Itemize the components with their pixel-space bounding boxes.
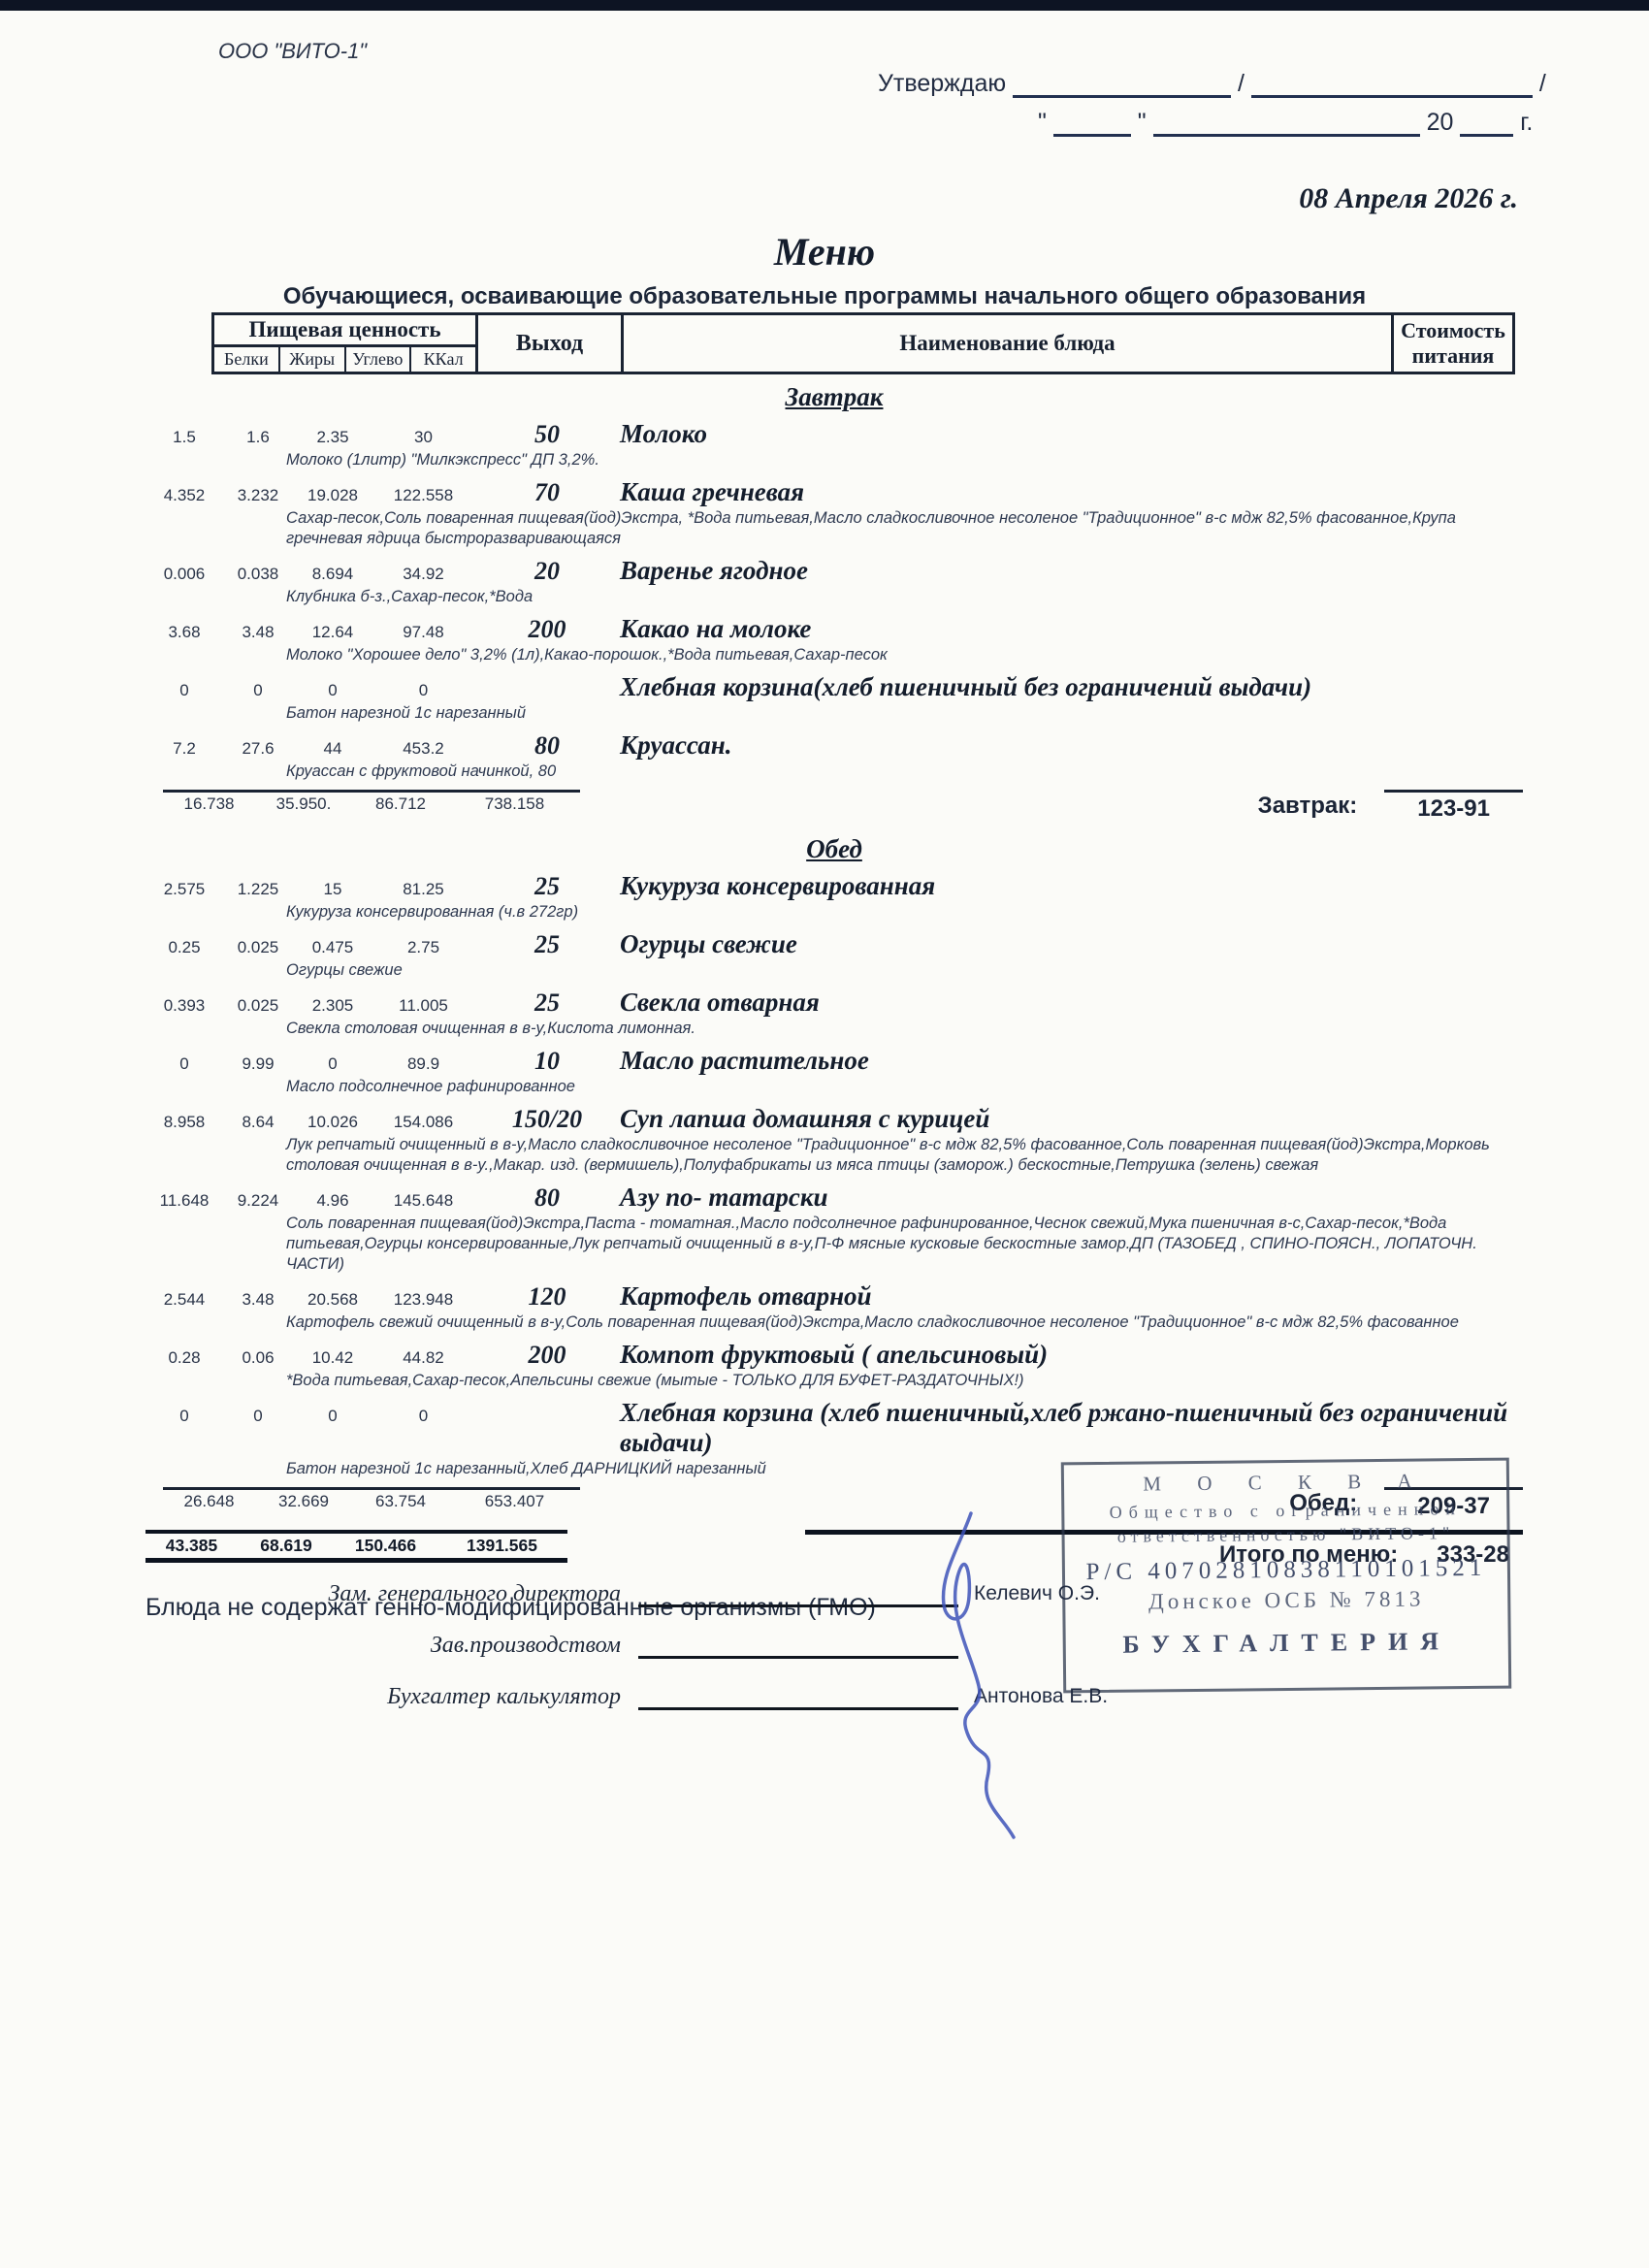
value-output: 80 [474, 1183, 620, 1213]
value-kcal: 89.9 [372, 1054, 474, 1074]
breakfast-cost-label: Завтрак: [1258, 790, 1358, 820]
value-output: 70 [474, 478, 620, 507]
total-carbs: 63.754 [352, 1492, 449, 1511]
value-protein: 0.25 [145, 938, 223, 957]
company-name: ООО "ВИТО-1" [218, 39, 367, 64]
signature-name: Антонова Е.В. [974, 1685, 1108, 1710]
value-carbs: 2.305 [293, 996, 372, 1016]
approve-slash-1: / [1238, 70, 1245, 97]
dish-name: Молоко [620, 419, 1523, 449]
signature-row: Зав.производством [145, 1631, 1212, 1659]
value-protein: 0 [145, 681, 223, 700]
header-nutrition-columns: Белки Жиры Углево ККал [214, 347, 475, 372]
dish-ingredients: Соль поваренная пищевая(йод)Экстра,Паста… [286, 1214, 1499, 1275]
dish-ingredients: Кукуруза консервированная (ч.в 272гр) [286, 902, 1499, 923]
value-protein: 0.28 [145, 1348, 223, 1368]
total-kcal: 653.407 [449, 1492, 580, 1511]
value-fat: 1.225 [223, 880, 293, 899]
header-col-protein: Белки [214, 347, 280, 372]
dish-ingredients: Батон нарезной 1с нарезанный [286, 703, 1499, 724]
approve-label: Утверждаю [878, 70, 1006, 97]
value-carbs: 0 [293, 1407, 372, 1426]
year-suffix: г. [1520, 109, 1533, 136]
dish-name: Варенье ягодное [620, 556, 1523, 586]
dish-name: Компот фруктовый ( апельсиновый) [620, 1340, 1523, 1370]
signature-role: Бухгалтер калькулятор [145, 1684, 621, 1710]
value-protein: 0.006 [145, 565, 223, 584]
approve-line: Утверждаю / / [878, 70, 1546, 98]
menu-row: 0 9.99 0 89.9 10 Масло растительное [145, 1046, 1523, 1076]
value-output: 20 [474, 557, 620, 586]
dish-ingredients: Молоко "Хорошее дело" 3,2% (1л),Какао-по… [286, 645, 1499, 665]
value-protein: 3.68 [145, 623, 223, 642]
dish-name: Хлебная корзина (хлеб пшеничный,хлеб ржа… [620, 1398, 1523, 1458]
value-output: 25 [474, 988, 620, 1018]
approve-blank-2 [1251, 72, 1533, 98]
value-carbs: 0.475 [293, 938, 372, 957]
dish-name: Азу по- татарски [620, 1183, 1523, 1213]
value-carbs: 20.568 [293, 1290, 372, 1310]
value-protein: 0.393 [145, 996, 223, 1016]
stamp-org-line1: Общество с ограниченной [1064, 1499, 1506, 1524]
value-protein: 8.958 [145, 1113, 223, 1132]
signature-row: Бухгалтер калькулятор Антонова Е.В. [145, 1682, 1212, 1710]
value-fat: 3.48 [223, 1290, 293, 1310]
menu-row: 3.68 3.48 12.64 97.48 200 Какао на молок… [145, 614, 1523, 644]
menu-row: 11.648 9.224 4.96 145.648 80 Азу по- тат… [145, 1183, 1523, 1213]
dish-name: Огурцы свежие [620, 929, 1523, 959]
value-output: 200 [474, 1341, 620, 1370]
dish-name: Масло растительное [620, 1046, 1523, 1076]
signature-role: Зам. генерального директора [145, 1581, 621, 1607]
value-output: 25 [474, 930, 620, 959]
header-nutrition-group: Пищевая ценность Белки Жиры Углево ККал [214, 315, 478, 372]
dish-ingredients: Молоко (1литр) "Милкэкспресс" ДП 3,2%. [286, 450, 1499, 470]
menu-row: 0 0 0 0 Хлебная корзина(хлеб пшеничный б… [145, 672, 1523, 702]
signature-line [638, 1682, 958, 1710]
signature-name: Келевич О.Э. [974, 1582, 1100, 1607]
value-output: 50 [474, 420, 620, 449]
value-kcal: 0 [372, 1407, 474, 1426]
dish-ingredients: Лук репчатый очищенный в в-у,Масло сладк… [286, 1135, 1499, 1176]
value-kcal: 123.948 [372, 1290, 474, 1310]
header-col-fat: Жиры [280, 347, 346, 372]
dish-name: Картофель отварной [620, 1281, 1523, 1312]
dish-ingredients: Сахар-песок,Соль поваренная пищевая(йод)… [286, 508, 1499, 549]
value-output: 200 [474, 615, 620, 644]
value-protein: 1.5 [145, 428, 223, 447]
value-output: 10 [474, 1047, 620, 1076]
value-fat: 0.025 [223, 996, 293, 1016]
grand-kcal: 1391.565 [436, 1536, 567, 1556]
total-fat: 32.669 [255, 1492, 352, 1511]
value-output: 120 [474, 1282, 620, 1312]
total-fat: 35.950. [255, 794, 352, 814]
dish-name: Какао на молоке [620, 614, 1523, 644]
dish-name: Круассан. [620, 730, 1523, 761]
approve-month-blank [1153, 111, 1420, 137]
value-kcal: 11.005 [372, 996, 474, 1016]
value-output: 25 [474, 872, 620, 901]
value-kcal: 34.92 [372, 565, 474, 584]
value-carbs: 19.028 [293, 486, 372, 505]
value-fat: 8.64 [223, 1113, 293, 1132]
value-fat: 3.232 [223, 486, 293, 505]
value-kcal: 145.648 [372, 1191, 474, 1211]
header-output: Выход [478, 315, 624, 372]
breakfast-totals-row: 16.738 35.950. 86.712 738.158 Завтрак: 1… [145, 790, 1523, 823]
value-carbs: 44 [293, 739, 372, 759]
menu-row: 1.5 1.6 2.35 30 50 Молоко [145, 419, 1523, 449]
total-protein: 26.648 [163, 1492, 255, 1511]
approve-blank-1 [1013, 72, 1231, 98]
value-protein: 2.544 [145, 1290, 223, 1310]
quote-close: " [1138, 109, 1147, 136]
menu-row: 0.006 0.038 8.694 34.92 20 Варенье ягодн… [145, 556, 1523, 586]
value-kcal: 0 [372, 681, 474, 700]
header-cost: Стоимость питания [1394, 315, 1512, 372]
value-protein: 0 [145, 1054, 223, 1074]
menu-table-header: Пищевая ценность Белки Жиры Углево ККал … [211, 312, 1515, 374]
dish-ingredients: Огурцы свежие [286, 960, 1499, 981]
approve-date-line: " " 20 г. [1038, 109, 1533, 137]
value-protein: 0 [145, 1407, 223, 1426]
value-protein: 4.352 [145, 486, 223, 505]
value-kcal: 97.48 [372, 623, 474, 642]
dish-ingredients: Клубника б-з.,Сахар-песок,*Вода [286, 587, 1499, 607]
menu-row: 0.25 0.025 0.475 2.75 25 Огурцы свежие [145, 929, 1523, 959]
value-fat: 0 [223, 1407, 293, 1426]
menu-row: 2.544 3.48 20.568 123.948 120 Картофель … [145, 1281, 1523, 1312]
breakfast-totals: 16.738 35.950. 86.712 738.158 [163, 790, 580, 814]
menu-row: 7.2 27.6 44 453.2 80 Круассан. [145, 730, 1523, 761]
value-carbs: 0 [293, 1054, 372, 1074]
total-kcal: 738.158 [449, 794, 580, 814]
dish-ingredients: Свекла столовая очищенная в в-у,Кислота … [286, 1019, 1499, 1039]
value-output: 150/20 [474, 1105, 620, 1134]
signature-role: Зав.производством [145, 1633, 621, 1659]
value-carbs: 12.64 [293, 623, 372, 642]
scan-edge-bar [0, 0, 1649, 11]
header-col-carbs: Углево [346, 347, 412, 372]
value-kcal: 453.2 [372, 739, 474, 759]
lunch-totals: 26.648 32.669 63.754 653.407 [163, 1487, 580, 1511]
value-kcal: 81.25 [372, 880, 474, 899]
value-carbs: 0 [293, 681, 372, 700]
grand-totals: 43.385 68.619 150.466 1391.565 [145, 1530, 567, 1563]
approve-year-blank [1460, 111, 1513, 137]
value-carbs: 4.96 [293, 1191, 372, 1211]
grand-carbs: 150.466 [335, 1536, 436, 1556]
dish-name: Суп лапша домашняя с курицей [620, 1104, 1523, 1134]
menu-row: 2.575 1.225 15 81.25 25 Кукуруза консерв… [145, 871, 1523, 901]
value-fat: 0.025 [223, 938, 293, 957]
header-nutrition: Пищевая ценность [214, 315, 475, 347]
menu-row: 0 0 0 0 Хлебная корзина (хлеб пшеничный,… [145, 1398, 1523, 1458]
stamp-org-line2: ответственностью "ВИТО-1" [1064, 1523, 1506, 1548]
value-kcal: 2.75 [372, 938, 474, 957]
breakfast-cost-value: 123-91 [1384, 790, 1523, 823]
dish-name: Кукуруза консервированная [620, 871, 1523, 901]
total-protein: 16.738 [163, 794, 255, 814]
value-carbs: 10.42 [293, 1348, 372, 1368]
menu-row: 0.393 0.025 2.305 11.005 25 Свекла отвар… [145, 988, 1523, 1018]
header-dish: Наименование блюда [624, 315, 1394, 372]
value-carbs: 8.694 [293, 565, 372, 584]
value-protein: 11.648 [145, 1191, 223, 1211]
value-fat: 9.224 [223, 1191, 293, 1211]
header-col-kcal: ККал [411, 347, 475, 372]
value-carbs: 2.35 [293, 428, 372, 447]
dish-ingredients: Масло подсолнечное рафинированное [286, 1077, 1499, 1097]
signature-line [638, 1579, 958, 1607]
value-kcal: 30 [372, 428, 474, 447]
page-title: Меню [145, 229, 1503, 275]
total-carbs: 86.712 [352, 794, 449, 814]
stamp-city: М О С К В А [1064, 1469, 1506, 1498]
signature-row: Зам. генерального директора Келевич О.Э. [145, 1579, 1212, 1607]
breakfast-cost: Завтрак: 123-91 [1258, 790, 1523, 823]
menu-row: 0.28 0.06 10.42 44.82 200 Компот фруктов… [145, 1340, 1523, 1370]
quote-open: " [1038, 109, 1047, 136]
dish-ingredients: Круассан с фруктовой начинкой, 80 [286, 761, 1499, 782]
signature-line [638, 1631, 958, 1659]
value-fat: 1.6 [223, 428, 293, 447]
value-fat: 9.99 [223, 1054, 293, 1074]
value-protein: 2.575 [145, 880, 223, 899]
value-fat: 0 [223, 681, 293, 700]
value-kcal: 44.82 [372, 1348, 474, 1368]
value-fat: 0.038 [223, 565, 293, 584]
grand-protein: 43.385 [145, 1536, 238, 1556]
value-kcal: 122.558 [372, 486, 474, 505]
menu-body: Завтрак 1.5 1.6 2.35 30 50 Молоко Молоко… [145, 380, 1523, 1622]
dish-ingredients: *Вода питьевая,Сахар-песок,Апельсины све… [286, 1371, 1499, 1391]
menu-row: 4.352 3.232 19.028 122.558 70 Каша гречн… [145, 477, 1523, 507]
approve-day-blank [1053, 111, 1131, 137]
page-subtitle: Обучающиеся, осваивающие образовательные… [145, 283, 1503, 310]
value-carbs: 15 [293, 880, 372, 899]
value-kcal: 154.086 [372, 1113, 474, 1132]
signature-block: Зам. генерального директора Келевич О.Э.… [145, 1579, 1212, 1733]
menu-row: 8.958 8.64 10.026 154.086 150/20 Суп лап… [145, 1104, 1523, 1134]
value-carbs: 10.026 [293, 1113, 372, 1132]
dish-name: Хлебная корзина(хлеб пшеничный без огран… [620, 672, 1523, 702]
value-fat: 0.06 [223, 1348, 293, 1368]
document-date: 08 Апреля 2026 г. [970, 182, 1518, 215]
year-prefix: 20 [1427, 109, 1454, 136]
approve-slash-2: / [1539, 70, 1546, 97]
grand-fat: 68.619 [238, 1536, 335, 1556]
value-output: 80 [474, 731, 620, 761]
dish-name: Каша гречневая [620, 477, 1523, 507]
value-protein: 7.2 [145, 739, 223, 759]
value-fat: 3.48 [223, 623, 293, 642]
section-heading-lunch: Обед [145, 834, 1523, 864]
dish-ingredients: Картофель свежий очищенный в в-у,Соль по… [286, 1312, 1499, 1333]
dish-name: Свекла отварная [620, 988, 1523, 1018]
section-heading-breakfast: Завтрак [145, 382, 1523, 412]
value-fat: 27.6 [223, 739, 293, 759]
